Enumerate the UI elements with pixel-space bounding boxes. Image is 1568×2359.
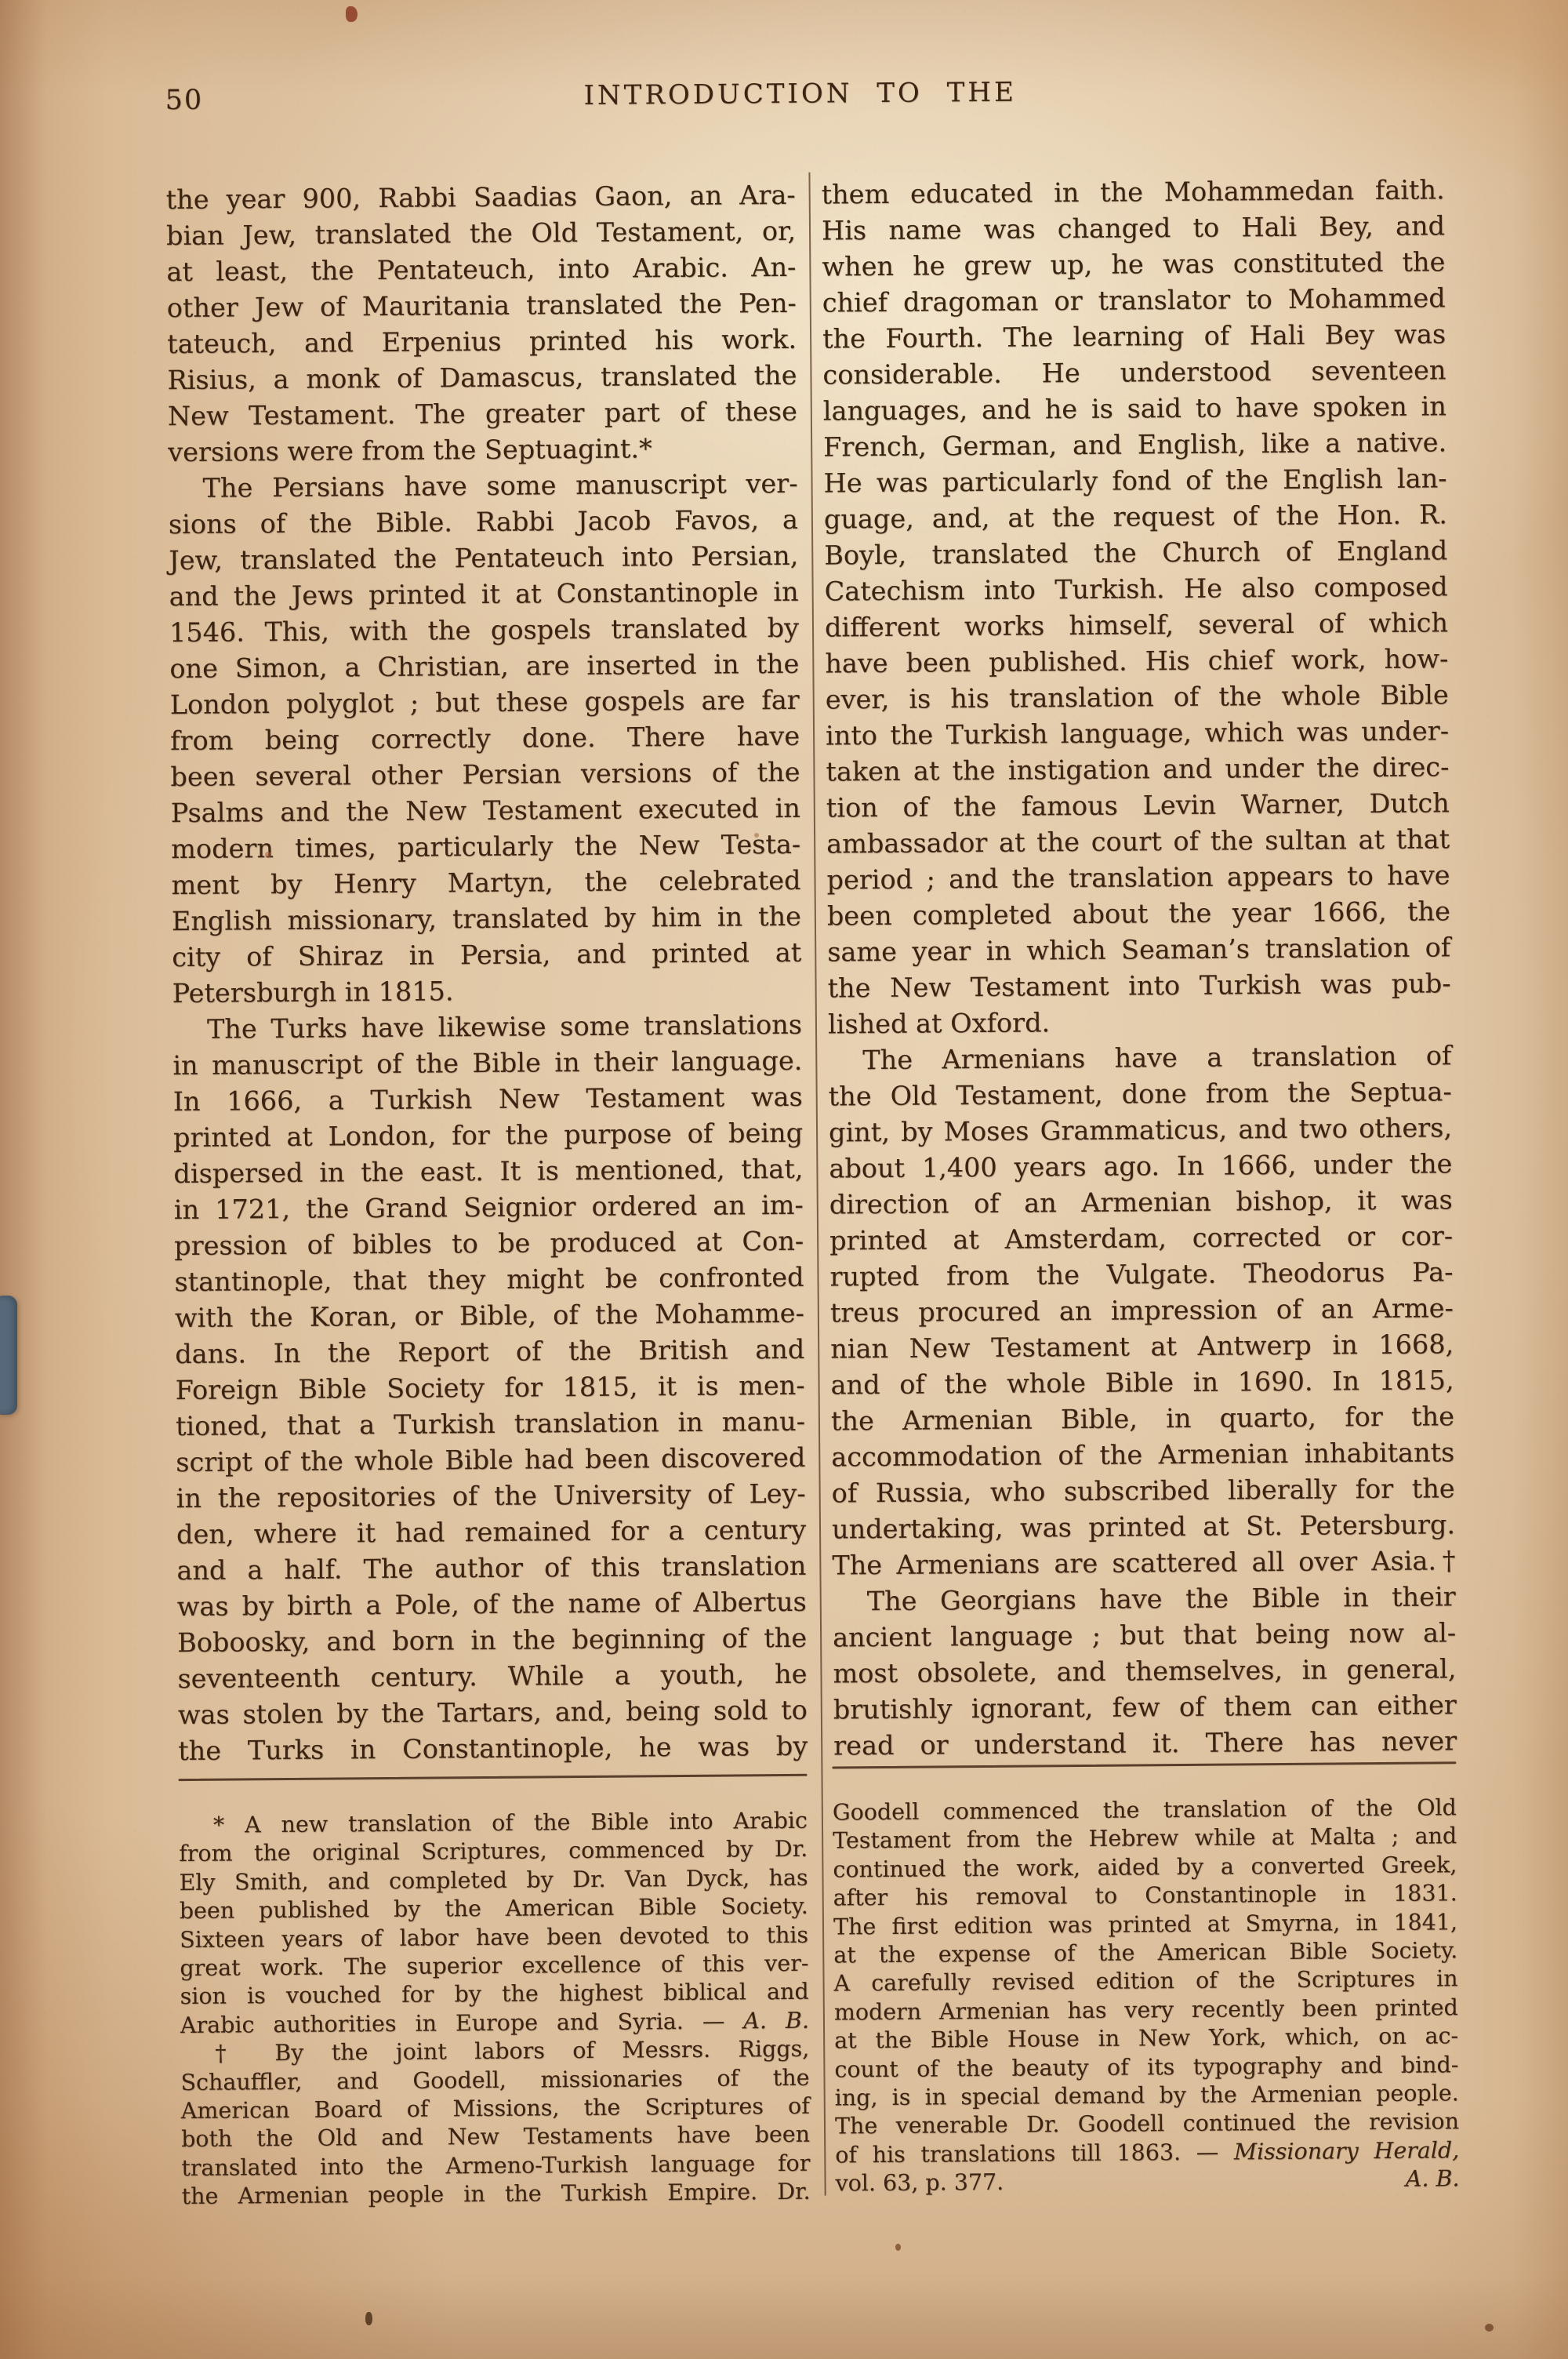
text-line: versions were from the Septuagint.* bbox=[168, 430, 797, 471]
text-line: with the Koran, or Bible, of the Mohamme… bbox=[175, 1296, 804, 1336]
text-line: gint, by Moses Grammaticus, and two othe… bbox=[829, 1110, 1452, 1150]
text-line: count of the beauty of its typography an… bbox=[834, 2051, 1458, 2085]
text-line: from the original Scriptures, commenced … bbox=[179, 1835, 808, 1869]
text-line: city of Shiraz in Persia, and printed at bbox=[172, 935, 801, 976]
text-line: from being correctly done. There have bbox=[170, 718, 800, 759]
text-line: Risius, a monk of Damascus, translated t… bbox=[167, 358, 797, 398]
text-line: ing, is in special demand by the Armenia… bbox=[835, 2079, 1459, 2113]
text-line: The Persians have some manuscript ver- bbox=[168, 466, 797, 507]
text-line: and of the whole Bible in 1690. In 1815, bbox=[830, 1362, 1454, 1403]
text-line: of Russia, who subscribed liberally for … bbox=[831, 1470, 1454, 1511]
text-line: at least, the Pentateuch, into Arabic. A… bbox=[166, 249, 796, 290]
text-line: † By the joint labors of Messrs. Riggs, bbox=[180, 2035, 809, 2069]
paper-speck bbox=[265, 852, 271, 858]
text-line: A carefully revised edition of the Scrip… bbox=[833, 1965, 1457, 1999]
text-line: them educated in the Mohammedan faith. bbox=[821, 172, 1444, 213]
italic-text: A. B. bbox=[1406, 2166, 1460, 2193]
text-line: tateuch, and Erpenius printed his work. bbox=[167, 322, 797, 362]
body-column-right: them educated in the Mohammedan faith.Hi… bbox=[821, 172, 1457, 1764]
text-line: Petersburgh in 1815. bbox=[172, 971, 801, 1012]
text-line: The first edition was printed at Smyrna,… bbox=[833, 1908, 1457, 1942]
italic-text: Missionary Herald, bbox=[1234, 2137, 1460, 2165]
text-line: chief dragoman or translator to Mohammed bbox=[822, 280, 1446, 321]
text-line: great work. The superior excellence of t… bbox=[180, 1950, 808, 1983]
paper-speck bbox=[1485, 2324, 1494, 2332]
text-line: been completed about the year 1666, the bbox=[827, 893, 1450, 934]
text-line: and a half. The author of this translati… bbox=[176, 1548, 806, 1589]
footnote-column-left: * A new translation of the Bible into Ar… bbox=[179, 1807, 811, 2212]
text-line: different works himself, several of whic… bbox=[825, 605, 1448, 645]
paper-speck bbox=[754, 833, 759, 838]
text-line: London polyglot ; but these gospels are … bbox=[170, 682, 800, 723]
text-line: tioned, that a Turkish translation in ma… bbox=[176, 1404, 805, 1445]
text-line: English missionary, translated by him in… bbox=[172, 899, 801, 940]
text-line: same year in which Seaman’s translation … bbox=[827, 929, 1450, 970]
text-line: The Georgians have the Bible in their bbox=[833, 1579, 1456, 1619]
text-line: sion is vouched for by the highest bibli… bbox=[180, 1978, 809, 2012]
text-line: New Testament. The greater part of these bbox=[168, 394, 797, 434]
text-line: accommodation of the Armenian inhabitant… bbox=[831, 1434, 1454, 1475]
text-line: Schauffler, and Goodell, missionaries of… bbox=[180, 2063, 809, 2097]
text-line: the Turks in Constantinople, he was by bbox=[178, 1728, 808, 1769]
text-line: been published by the American Bible Soc… bbox=[180, 1892, 808, 1926]
bookmark-tab bbox=[0, 1296, 17, 1415]
page-content: 50 INTRODUCTION TO THE the year 900, Rab… bbox=[0, 0, 1568, 2359]
text-line: dans. In the Report of the British and bbox=[175, 1332, 804, 1372]
text-line: guage, and, at the request of the Hon. R… bbox=[824, 496, 1447, 537]
paper-speck bbox=[346, 6, 358, 22]
paper-speck bbox=[365, 2312, 372, 2325]
running-title: INTRODUCTION TO THE bbox=[0, 72, 1559, 116]
text-line: stantinople, that they might be confront… bbox=[174, 1259, 804, 1300]
text-line: treus procured an impression of an Arme- bbox=[830, 1290, 1454, 1331]
text-line: printed at London, for the purpose of be… bbox=[173, 1115, 803, 1156]
italic-text: A. B. bbox=[743, 2008, 809, 2034]
text-line: period ; and the translation appears to … bbox=[826, 857, 1450, 898]
text-line: lished at Oxford. bbox=[828, 1001, 1451, 1042]
text-line: translated into the Armeno-Turkish langu… bbox=[181, 2150, 810, 2183]
text-line: printed at Amsterdam, corrected or cor- bbox=[829, 1218, 1453, 1259]
text-line: modern Armenian has very recently been p… bbox=[834, 1994, 1458, 2027]
text-line: in 1721, the Grand Seignior ordered an i… bbox=[174, 1187, 804, 1228]
text-line: sions of the Bible. Rabbi Jacob Favos, a bbox=[169, 502, 798, 543]
text-line: ambassador at the court of the sultan at… bbox=[826, 821, 1450, 862]
text-line: French, German, and English, like a nati… bbox=[823, 424, 1446, 465]
text-line: nian New Testament at Antwerp in 1668, bbox=[830, 1326, 1454, 1367]
text-line: in manuscript of the Bible in their lang… bbox=[172, 1043, 802, 1084]
text-line: at the Bible House in New York, which, o… bbox=[834, 2023, 1458, 2056]
text-line: pression of bibles to be produced at Con… bbox=[174, 1223, 804, 1264]
text-line: den, where it had remained for a century bbox=[176, 1512, 806, 1553]
text-line: languages, and he is said to have spoken… bbox=[823, 388, 1446, 429]
text-line: ment by Henry Martyn, the celebrated bbox=[171, 863, 800, 903]
paper-speck bbox=[895, 2244, 901, 2251]
text-line: the Old Testament, done from the Septua- bbox=[829, 1074, 1452, 1114]
text-line: Sixteen years of labor have been devoted… bbox=[180, 1921, 808, 1954]
book-page: 50 INTRODUCTION TO THE the year 900, Rab… bbox=[0, 0, 1568, 2359]
text-line: His name was changed to Hali Bey, and bbox=[822, 208, 1445, 249]
text-line: when he grew up, he was constituted the bbox=[822, 244, 1445, 285]
text-line: * A new translation of the Bible into Ar… bbox=[179, 1807, 808, 1841]
text-line: The venerable Dr. Goodell continued the … bbox=[835, 2108, 1459, 2142]
text-line: The Armenians are scattered all over Asi… bbox=[832, 1543, 1455, 1583]
text-line: The Armenians have a translation of bbox=[828, 1038, 1451, 1078]
text-line: Boyle, translated the Church of England bbox=[824, 533, 1447, 573]
text-line: and the Jews printed it at Constantinopl… bbox=[169, 574, 798, 615]
text-line: was stolen by the Tartars, and, being so… bbox=[178, 1692, 808, 1733]
text-line: the year 900, Rabbi Saadias Gaon, an Ara… bbox=[166, 177, 796, 218]
text-line: undertaking, was printed at St. Petersbu… bbox=[832, 1507, 1455, 1547]
text-line: rupted from the Vulgate. Theodorus Pa- bbox=[829, 1254, 1453, 1295]
text-line: American Board of Missions, the Scriptur… bbox=[181, 2092, 810, 2126]
text-line: Psalms and the New Testament executed in bbox=[171, 791, 800, 831]
text-line: Jew, translated the Pentateuch into Pers… bbox=[169, 538, 798, 579]
text-line: Goodell commenced the translation of the… bbox=[833, 1794, 1457, 1827]
text-line: other Jew of Mauritania translated the P… bbox=[167, 285, 797, 326]
text-line: the Armenian Bible, in quarto, for the bbox=[831, 1398, 1454, 1439]
text-line: ever, is his translation of the whole Bi… bbox=[826, 677, 1449, 718]
text-line: the Armenian people in the Turkish Empir… bbox=[182, 2178, 811, 2212]
text-line: at the expense of the American Bible Soc… bbox=[833, 1936, 1457, 1970]
text-line: both the Old and New Testaments have bee… bbox=[181, 2121, 810, 2154]
text-line: have been published. His chief work, how… bbox=[825, 641, 1448, 682]
text-line: in the repositories of the University of… bbox=[176, 1476, 806, 1517]
text-line: continued the work, aided by a converted… bbox=[833, 1851, 1457, 1885]
text-line: Boboosky, and born in the beginning of t… bbox=[177, 1620, 807, 1661]
text-line: brutishly ignorant, few of them can eith… bbox=[833, 1687, 1457, 1728]
text-line: considerable. He understood seventeen bbox=[822, 352, 1446, 393]
text-line: the New Testament into Turkish was pub- bbox=[827, 965, 1450, 1006]
text-line: Testament from the Hebrew while at Malta… bbox=[833, 1823, 1457, 1856]
text-span: vol. 63, p. 377. bbox=[835, 2168, 1004, 2198]
text-line: the Fourth. The learning of Hali Bey was bbox=[822, 316, 1446, 357]
text-span: A. B. bbox=[1406, 2165, 1460, 2194]
text-line: Catechism into Turkish. He also composed bbox=[824, 569, 1447, 609]
text-line: direction of an Armenian bishop, it was bbox=[829, 1182, 1453, 1223]
text-line: vol. 63, p. 377.A. B. bbox=[835, 2165, 1459, 2199]
text-line: read or understand it. There has never bbox=[833, 1723, 1457, 1764]
text-line: Foreign Bible Society for 1815, it is me… bbox=[175, 1368, 804, 1408]
text-line: Ely Smith, and completed by Dr. Van Dyck… bbox=[179, 1864, 808, 1898]
text-line: about 1,400 years ago. In 1666, under th… bbox=[829, 1146, 1452, 1187]
text-line: seventeenth century. While a youth, he bbox=[177, 1656, 807, 1697]
body-column-left: the year 900, Rabbi Saadias Gaon, an Ara… bbox=[166, 177, 808, 1769]
text-line: bian Jew, translated the Old Testament, … bbox=[166, 213, 796, 254]
text-line: In 1666, a Turkish New Testament was bbox=[173, 1079, 803, 1120]
text-line: most obsolete, and themselves, in genera… bbox=[833, 1651, 1456, 1692]
text-line: script of the whole Bible had been disco… bbox=[176, 1440, 805, 1481]
text-line: The Turks have likewise some translation… bbox=[172, 1007, 802, 1048]
text-line: dispersed in the east. It is mentioned, … bbox=[173, 1151, 803, 1192]
text-line: was by birth a Pole, of the name of Albe… bbox=[177, 1584, 807, 1625]
text-line: into the Turkish language, which was und… bbox=[826, 713, 1449, 754]
text-line: tion of the famous Levin Warner, Dutch bbox=[826, 785, 1450, 826]
text-line: ancient language ; but that being now al… bbox=[833, 1615, 1456, 1656]
text-line: He was particularly fond of the English … bbox=[823, 460, 1446, 501]
text-line: taken at the instigation and under the d… bbox=[826, 749, 1449, 790]
text-line: modern times, particularly the New Testa… bbox=[171, 827, 800, 867]
text-line: Arabic authorities in Europe and Syria. … bbox=[180, 2007, 809, 2041]
footnote-column-right: Goodell commenced the translation of the… bbox=[833, 1794, 1460, 2198]
text-line: been several other Persian versions of t… bbox=[170, 754, 800, 795]
text-line: of his translations till 1863. — Mission… bbox=[835, 2136, 1459, 2170]
text-line: after his removal to Constantinople in 1… bbox=[833, 1880, 1457, 1914]
text-line: one Simon, a Christian, are inserted in … bbox=[169, 646, 799, 687]
text-line: 1546. This, with the gospels translated … bbox=[169, 610, 799, 651]
footnote-separator-left bbox=[179, 1774, 808, 1781]
